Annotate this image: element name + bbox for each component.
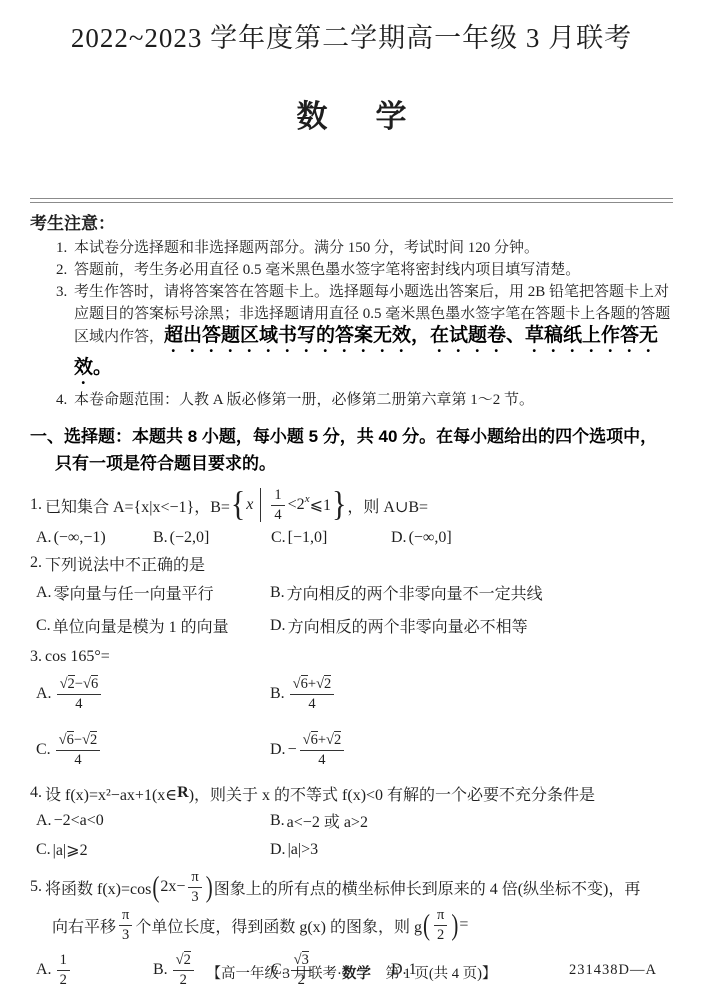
left-brace: {: [231, 488, 245, 523]
notice-item-number: 4.: [56, 389, 67, 411]
stem-text: ，则 A∪B=: [347, 494, 428, 517]
stem-text: 将函数 f(x)=cos: [45, 876, 151, 899]
stem-text: 向右平移: [52, 914, 116, 937]
question-1-options: A.(−∞,−1) B.(−2,0] C.[−1,0] D.(−∞,0]: [30, 529, 673, 547]
notice-item-number: 1.: [56, 237, 67, 259]
exam-title: 2022~2023 学年度第二学期高一年级 3 月联考: [30, 0, 673, 55]
question-3-stem: 3.cos 165°=: [30, 645, 673, 669]
option-c: C.√6−√24: [36, 727, 270, 773]
real-number-symbol: R: [177, 784, 189, 802]
stem-text: 图象上的所有点的横坐标伸长到原来的 4 倍(纵坐标不变)，再: [214, 876, 641, 899]
option-b: B.a<−2 或 a>2: [270, 809, 673, 832]
stem-text: 2x−: [160, 878, 185, 896]
notice-item-number: 2.: [56, 259, 67, 281]
notice-heading: 考生注意：: [30, 209, 673, 234]
question-4-stem: 4.设 f(x)=x²−ax+1(x∈R)，则关于 x 的不等式 f(x)<0 …: [30, 781, 673, 805]
sqrt: √6: [83, 675, 98, 692]
stem-text: 设 f(x)=x²−ax+1(x∈: [45, 782, 177, 805]
option-d: D.(−∞,0]: [391, 529, 673, 547]
subject-title: 数 学: [30, 91, 673, 136]
option-a: A.−2<a<0: [36, 809, 270, 832]
option-c: C.[−1,0]: [271, 529, 391, 547]
sqrt: √2: [82, 731, 97, 748]
stem-text: 已知集合 A={x|x<−1}，B=: [45, 494, 230, 517]
fraction: π3: [188, 869, 201, 905]
subject-char-first: 数: [297, 91, 328, 136]
question-1-stem: 1.已知集合 A={x|x<−1}，B={x14<2x⩽1}，则 A∪B=: [30, 483, 673, 527]
fraction: √6+√24: [300, 732, 345, 768]
question-3-options: A.√2−√64 B.√6+√24 C.√6−√24 D.−√6+√24: [30, 671, 673, 773]
question-number: 5.: [30, 878, 42, 896]
right-paren: ): [451, 910, 458, 939]
option-a: A.√2−√64: [36, 671, 270, 717]
stem-text: cos 165°=: [45, 648, 110, 666]
stem-text: ⩽1: [310, 495, 331, 515]
sqrt: √6: [303, 731, 318, 748]
question-5-stem-line-2: 向右平移π3个单位长度，得到函数 g(x) 的图象，则 g(π2)=: [30, 906, 673, 944]
exponent: x: [305, 493, 310, 505]
notice-item-4: 4. 本卷命题范围：人教 A 版必修第一册，必修第二册第六章第 1～2 节。: [30, 389, 673, 411]
page-footer: 【高一年级 3 月联考·数学 第 1 页(共 4 页)】 231438D—A: [0, 962, 703, 983]
option-b: B.方向相反的两个非零向量不一定共线: [270, 581, 673, 604]
question-4: 4.设 f(x)=x²−ax+1(x∈R)，则关于 x 的不等式 f(x)<0 …: [30, 781, 673, 860]
question-1: 1.已知集合 A={x|x<−1}，B={x14<2x⩽1}，则 A∪B= A.…: [30, 483, 673, 547]
question-2-options: A.零向量与任一向量平行 B.方向相反的两个非零向量不一定共线 C.单位向量是模…: [30, 581, 673, 637]
question-number: 1.: [30, 496, 42, 514]
option-a: A.(−∞,−1): [36, 529, 153, 547]
stem-text: 个单位长度，得到函数 g(x) 的图象，则 g: [135, 914, 422, 937]
question-2-stem: 2.下列说法中不正确的是: [30, 551, 673, 575]
notice-item-text: 本卷命题范围：人教 A 版必修第一册，必修第二册第六章第 1～2 节。: [74, 392, 534, 408]
notice-item-2: 2. 答题前，考生务必用直径 0.5 毫米黑色墨水签字笔将密封线内项目填写清楚。: [30, 259, 673, 281]
sign: −: [288, 741, 297, 759]
option-b: B.√6+√24: [270, 671, 673, 717]
question-5-stem-line-1: 5.将函数 f(x)=cos(2x−π3)图象上的所有点的横坐标伸长到原来的 4…: [30, 868, 673, 906]
right-brace: }: [332, 488, 346, 523]
double-rule-divider: [30, 198, 673, 203]
stem-text: 下列说法中不正确的是: [45, 552, 205, 575]
paper-code: 231438D—A: [569, 962, 657, 979]
stem-text: <2: [288, 496, 305, 514]
stem-text: =: [459, 916, 468, 934]
question-4-options: A.−2<a<0 B.a<−2 或 a>2 C.|a|⩾2 D.|a|>3: [30, 809, 673, 860]
section-label: 一、选择题：: [30, 427, 132, 446]
question-3: 3.cos 165°= A.√2−√64 B.√6+√24 C.√6−√24 D…: [30, 645, 673, 773]
option-c: C.单位向量是模为 1 的向量: [36, 614, 270, 637]
sqrt: √6: [59, 731, 74, 748]
option-b: B.(−2,0]: [153, 529, 271, 547]
fraction: π3: [119, 907, 132, 943]
sqrt: √2: [326, 731, 341, 748]
option-d: D.−√6+√24: [270, 727, 673, 773]
left-paren: (: [152, 872, 159, 901]
stem-text: )，则关于 x 的不等式 f(x)<0 有解的一个必要不充分条件是: [189, 782, 595, 805]
question-number: 4.: [30, 784, 42, 802]
option-c: C.|a|⩾2: [36, 840, 270, 860]
fraction: √6+√24: [290, 676, 335, 712]
fraction: 14: [271, 487, 284, 523]
fraction: √6−√24: [56, 732, 101, 768]
option-d: D.方向相反的两个非零向量必不相等: [270, 614, 673, 637]
set-divider-bar: [260, 488, 261, 522]
left-paren: (: [423, 910, 430, 939]
section-1-heading: 一、选择题：本题共 8 小题，每小题 5 分，共 40 分。在每小题给出的四个选…: [30, 423, 673, 477]
notice-list: 1. 本试卷分选择题和非选择题两部分。满分 150 分，考试时间 120 分钟。…: [30, 237, 673, 411]
notice-item-text: 答题前，考生务必用直径 0.5 毫米黑色墨水签字笔将密封线内项目填写清楚。: [74, 262, 580, 278]
notice-item-text: 本试卷分选择题和非选择题两部分。满分 150 分，考试时间 120 分钟。: [74, 240, 539, 256]
sqrt: √6: [293, 675, 308, 692]
question-2: 2.下列说法中不正确的是 A.零向量与任一向量平行 B.方向相反的两个非零向量不…: [30, 551, 673, 637]
option-a: A.零向量与任一向量平行: [36, 581, 270, 604]
question-number: 2.: [30, 554, 42, 572]
subject-char-second: 学: [376, 91, 407, 136]
fraction: π2: [434, 907, 447, 943]
notice-item-3: 3. 考生作答时，请将答案答在答题卡上。选择题每小题选出答案后，用 2B 铅笔把…: [30, 281, 673, 389]
question-number: 3.: [30, 648, 42, 666]
notice-item-1: 1. 本试卷分选择题和非选择题两部分。满分 150 分，考试时间 120 分钟。: [30, 237, 673, 259]
footer-subject: 数学: [342, 966, 371, 982]
option-d: D.|a|>3: [270, 840, 673, 860]
sqrt: √2: [60, 675, 75, 692]
right-paren: ): [206, 872, 213, 901]
set-variable: x: [246, 496, 253, 514]
fraction: √2−√64: [57, 676, 102, 712]
sqrt: √2: [316, 675, 331, 692]
exam-paper-page: 2022~2023 学年度第二学期高一年级 3 月联考 数 学 考生注意： 1.…: [0, 0, 703, 999]
section-text: 本题共 8 小题，每小题 5 分，共 40 分。在每小题给出的四个选项中，只有一…: [55, 427, 657, 473]
notice-item-number: 3.: [56, 281, 67, 303]
